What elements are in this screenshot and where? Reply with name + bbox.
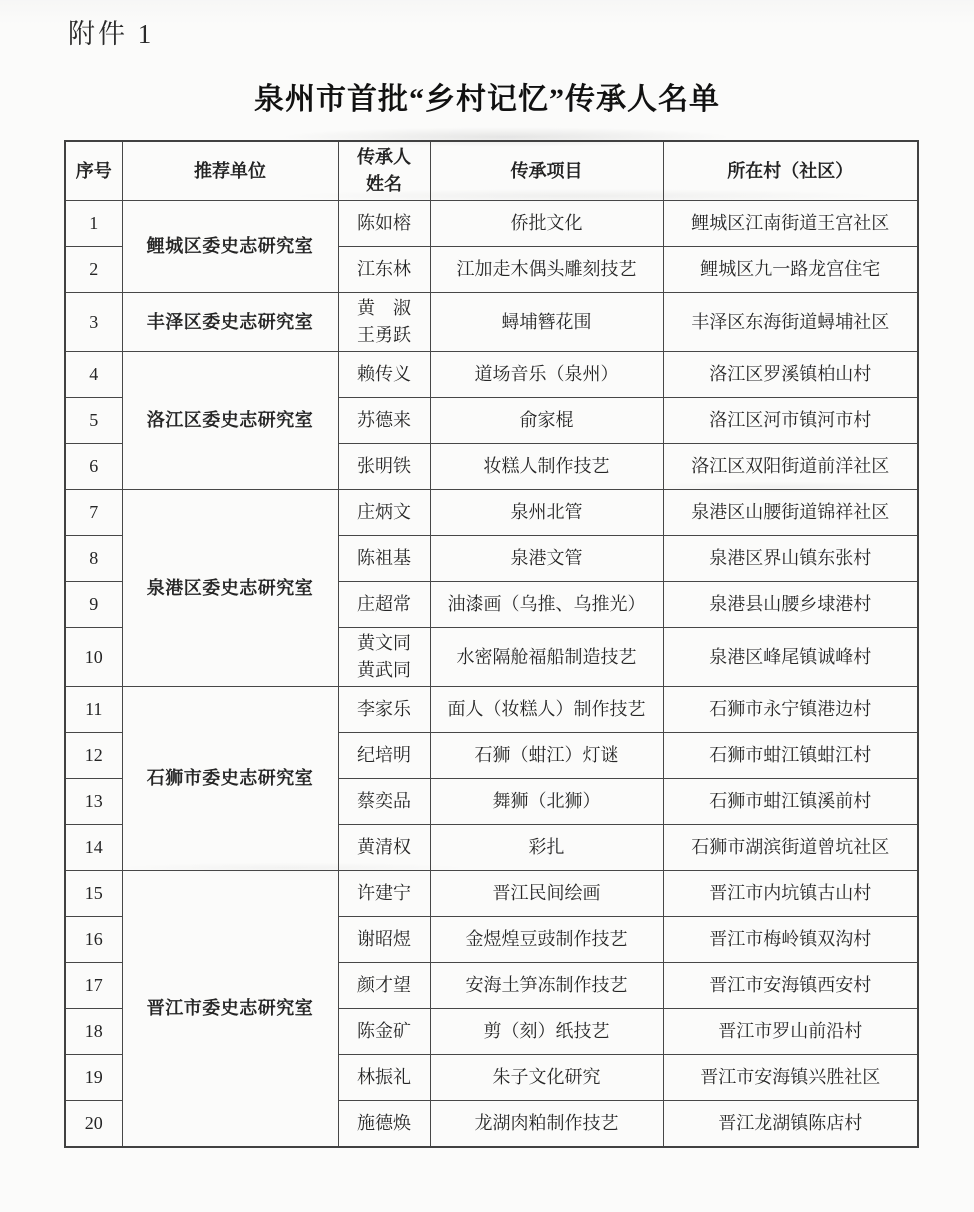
cell-no: 3 (65, 293, 122, 352)
cell-project: 金煜煌豆豉制作技艺 (430, 917, 663, 963)
cell-location: 泉港区界山镇东张村 (663, 536, 918, 582)
cell-no: 12 (65, 733, 122, 779)
cell-project: 朱子文化研究 (430, 1055, 663, 1101)
cell-project: 剪（刻）纸技艺 (430, 1009, 663, 1055)
cell-no: 8 (65, 536, 122, 582)
cell-project: 面人（妆糕人）制作技艺 (430, 687, 663, 733)
cell-location: 石狮市湖滨街道曾坑社区 (663, 825, 918, 871)
table-row: 11石狮市委史志研究室李家乐面人（妆糕人）制作技艺石狮市永宁镇港边村 (65, 687, 918, 733)
cell-location: 石狮市永宁镇港边村 (663, 687, 918, 733)
cell-location: 泉港区峰尾镇诚峰村 (663, 628, 918, 687)
cell-name: 黄 淑 王勇跃 (338, 293, 430, 352)
table-row: 1鲤城区委史志研究室陈如榕侨批文化鲤城区江南街道王宫社区 (65, 201, 918, 247)
cell-project: 彩扎 (430, 825, 663, 871)
cell-unit: 石狮市委史志研究室 (122, 687, 338, 871)
cell-unit: 丰泽区委史志研究室 (122, 293, 338, 352)
table-row: 15晋江市委史志研究室许建宁晋江民间绘画晋江市内坑镇古山村 (65, 871, 918, 917)
cell-location: 石狮市蚶江镇溪前村 (663, 779, 918, 825)
document-page: 附件 1 泉州市首批“乡村记忆”传承人名单 序号 推荐单位 传承人 姓名 传承项… (0, 0, 974, 1212)
cell-location: 晋江市梅岭镇双沟村 (663, 917, 918, 963)
cell-name: 庄炳文 (338, 490, 430, 536)
cell-no: 4 (65, 352, 122, 398)
header-cell-name: 传承人 姓名 (338, 141, 430, 201)
cell-location: 洛江区双阳街道前洋社区 (663, 444, 918, 490)
cell-no: 6 (65, 444, 122, 490)
cell-name: 颜才望 (338, 963, 430, 1009)
cell-project: 石狮（蚶江）灯谜 (430, 733, 663, 779)
cell-project: 龙湖肉粕制作技艺 (430, 1101, 663, 1147)
cell-project: 妆糕人制作技艺 (430, 444, 663, 490)
attachment-label: 附件 1 (68, 12, 154, 51)
cell-name: 黄文同 黄武同 (338, 628, 430, 687)
cell-location: 晋江市罗山前沿村 (663, 1009, 918, 1055)
cell-project: 道场音乐（泉州） (430, 352, 663, 398)
cell-name: 陈祖基 (338, 536, 430, 582)
cell-no: 9 (65, 582, 122, 628)
cell-no: 16 (65, 917, 122, 963)
cell-location: 晋江市安海镇西安村 (663, 963, 918, 1009)
cell-no: 10 (65, 628, 122, 687)
cell-no: 18 (65, 1009, 122, 1055)
cell-project: 舞狮（北狮） (430, 779, 663, 825)
cell-name: 苏德来 (338, 398, 430, 444)
cell-project: 水密隔舱福船制造技艺 (430, 628, 663, 687)
cell-name: 林振礼 (338, 1055, 430, 1101)
cell-location: 洛江区罗溪镇柏山村 (663, 352, 918, 398)
cell-name: 纪培明 (338, 733, 430, 779)
cell-location: 石狮市蚶江镇蚶江村 (663, 733, 918, 779)
cell-name: 黄清权 (338, 825, 430, 871)
cell-name: 李家乐 (338, 687, 430, 733)
cell-name: 谢昭煜 (338, 917, 430, 963)
table-header-row: 序号 推荐单位 传承人 姓名 传承项目 所在村（社区） (65, 141, 918, 201)
header-cell-project: 传承项目 (430, 141, 663, 201)
cell-unit: 洛江区委史志研究室 (122, 352, 338, 490)
cell-project: 安海土笋冻制作技艺 (430, 963, 663, 1009)
cell-no: 7 (65, 490, 122, 536)
cell-no: 2 (65, 247, 122, 293)
cell-unit: 泉港区委史志研究室 (122, 490, 338, 687)
cell-name: 赖传义 (338, 352, 430, 398)
cell-project: 侨批文化 (430, 201, 663, 247)
cell-no: 15 (65, 871, 122, 917)
cell-project: 泉港文管 (430, 536, 663, 582)
cell-name: 张明铁 (338, 444, 430, 490)
cell-project: 油漆画（乌推、乌推光） (430, 582, 663, 628)
cell-location: 晋江市内坑镇古山村 (663, 871, 918, 917)
cell-project: 江加走木偶头雕刻技艺 (430, 247, 663, 293)
cell-location: 晋江市安海镇兴胜社区 (663, 1055, 918, 1101)
cell-location: 泉港区山腰街道锦祥社区 (663, 490, 918, 536)
cell-location: 丰泽区东海街道蟳埔社区 (663, 293, 918, 352)
cell-location: 鲤城区九一路龙宫住宅 (663, 247, 918, 293)
cell-name: 许建宁 (338, 871, 430, 917)
cell-no: 5 (65, 398, 122, 444)
table-body: 1鲤城区委史志研究室陈如榕侨批文化鲤城区江南街道王宫社区2江东林江加走木偶头雕刻… (65, 201, 918, 1147)
cell-location: 洛江区河市镇河市村 (663, 398, 918, 444)
cell-no: 20 (65, 1101, 122, 1147)
cell-unit: 鲤城区委史志研究室 (122, 201, 338, 293)
cell-location: 晋江龙湖镇陈店村 (663, 1101, 918, 1147)
inheritors-table: 序号 推荐单位 传承人 姓名 传承项目 所在村（社区） 1鲤城区委史志研究室陈如… (64, 140, 919, 1148)
cell-unit: 晋江市委史志研究室 (122, 871, 338, 1147)
cell-no: 19 (65, 1055, 122, 1101)
document-title: 泉州市首批“乡村记忆”传承人名单 (0, 74, 974, 118)
cell-name: 蔡奕品 (338, 779, 430, 825)
cell-no: 1 (65, 201, 122, 247)
cell-location: 鲤城区江南街道王宫社区 (663, 201, 918, 247)
header-cell-no: 序号 (65, 141, 122, 201)
cell-name: 陈如榕 (338, 201, 430, 247)
cell-project: 泉州北管 (430, 490, 663, 536)
cell-location: 泉港县山腰乡埭港村 (663, 582, 918, 628)
header-cell-location: 所在村（社区） (663, 141, 918, 201)
cell-name: 江东林 (338, 247, 430, 293)
cell-no: 14 (65, 825, 122, 871)
cell-name: 施德焕 (338, 1101, 430, 1147)
table-row: 3丰泽区委史志研究室黄 淑 王勇跃蟳埔簪花围丰泽区东海街道蟳埔社区 (65, 293, 918, 352)
table-row: 7泉港区委史志研究室庄炳文泉州北管泉港区山腰街道锦祥社区 (65, 490, 918, 536)
cell-no: 13 (65, 779, 122, 825)
cell-name: 庄超常 (338, 582, 430, 628)
table-row: 4洛江区委史志研究室赖传义道场音乐（泉州）洛江区罗溪镇柏山村 (65, 352, 918, 398)
header-cell-unit: 推荐单位 (122, 141, 338, 201)
cell-name: 陈金矿 (338, 1009, 430, 1055)
cell-no: 17 (65, 963, 122, 1009)
cell-project: 蟳埔簪花围 (430, 293, 663, 352)
cell-project: 俞家棍 (430, 398, 663, 444)
cell-no: 11 (65, 687, 122, 733)
cell-project: 晋江民间绘画 (430, 871, 663, 917)
